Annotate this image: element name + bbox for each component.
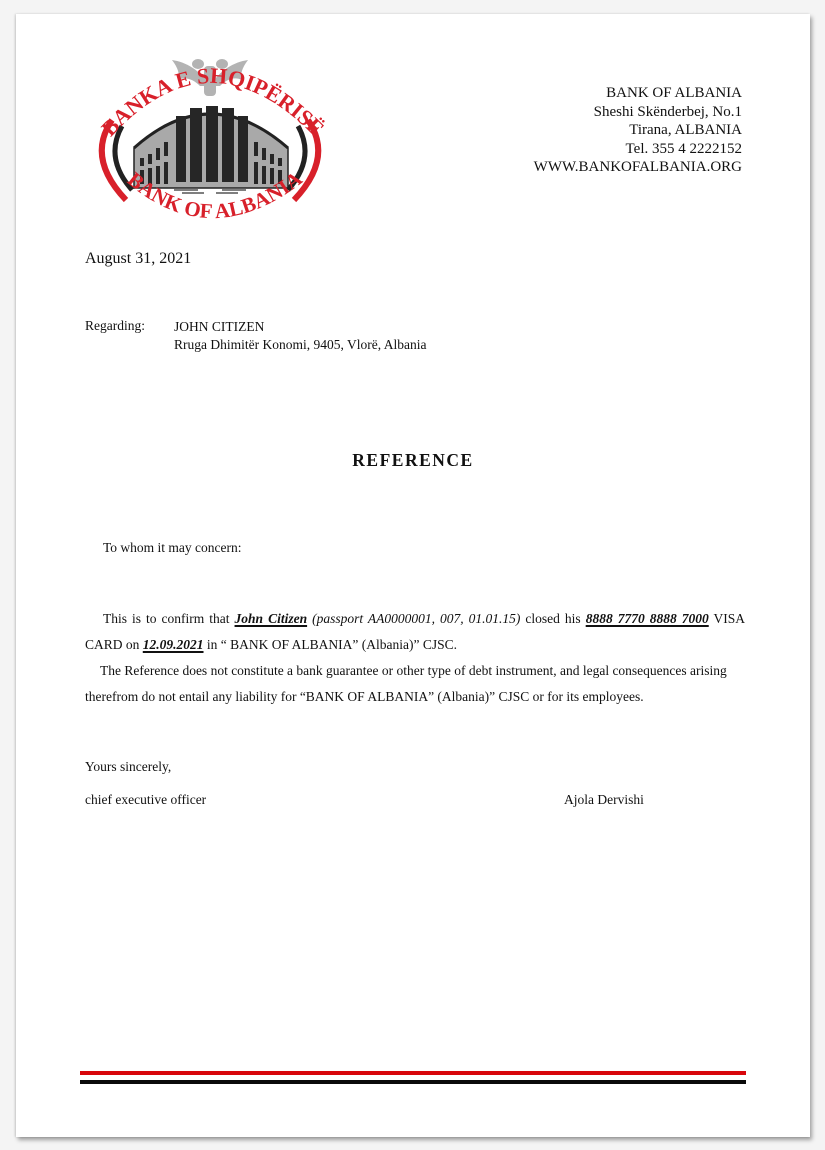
regarding-address: Rruga Dhimitër Konomi, 9405, Vlorë, Alba… — [174, 336, 426, 354]
address-phone: Tel. 355 4 2222152 — [534, 140, 742, 159]
address-website: WWW.BANKOFALBANIA.ORG — [534, 158, 742, 177]
text: closed his — [520, 611, 585, 626]
footer-rule-red — [80, 1071, 746, 1075]
address-city: Tirana, ALBANIA — [534, 121, 742, 140]
regarding-block: JOHN CITIZEN Rruga Dhimitër Konomi, 9405… — [174, 318, 426, 353]
letter-body: This is to confirm that John Citizen (pa… — [85, 606, 745, 710]
address-street: Sheshi Skënderbej, No.1 — [534, 103, 742, 122]
text: This is to confirm that — [103, 611, 235, 626]
footer-rule-black — [80, 1080, 746, 1084]
letter-date: August 31, 2021 — [85, 250, 191, 268]
greeting: To whom it may concern: — [103, 540, 242, 556]
document-title: REFERENCE — [16, 450, 810, 471]
signatory-role: chief executive officer — [85, 792, 206, 808]
signatory-name: Ajola Dervishi — [564, 792, 644, 808]
client-name: John Citizen — [235, 611, 308, 626]
address-bank-name: BANK OF ALBANIA — [534, 84, 742, 103]
regarding-name: JOHN CITIZEN — [174, 318, 426, 336]
closing: Yours sincerely, — [85, 759, 171, 775]
document-page: BANKA E SHQIPËRISË BANK OF ALBANIA BANK … — [16, 14, 810, 1137]
text: in “ BANK OF ALBANIA” (Albania)” CJSC. — [204, 637, 457, 652]
card-number: 8888 7770 8888 7000 — [586, 611, 709, 626]
passport-details: (passport AA0000001, 007, 01.01.15) — [307, 611, 520, 626]
regarding-label: Regarding: — [85, 318, 145, 334]
closed-date: 12.09.2021 — [143, 637, 204, 652]
paragraph-confirmation: This is to confirm that John Citizen (pa… — [85, 606, 745, 658]
bank-of-albania-logo-icon: BANKA E SHQIPËRISË BANK OF ALBANIA — [82, 40, 338, 236]
paragraph-disclaimer: The Reference does not constitute a bank… — [85, 658, 745, 710]
bank-address-block: BANK OF ALBANIA Sheshi Skënderbej, No.1 … — [534, 84, 742, 177]
